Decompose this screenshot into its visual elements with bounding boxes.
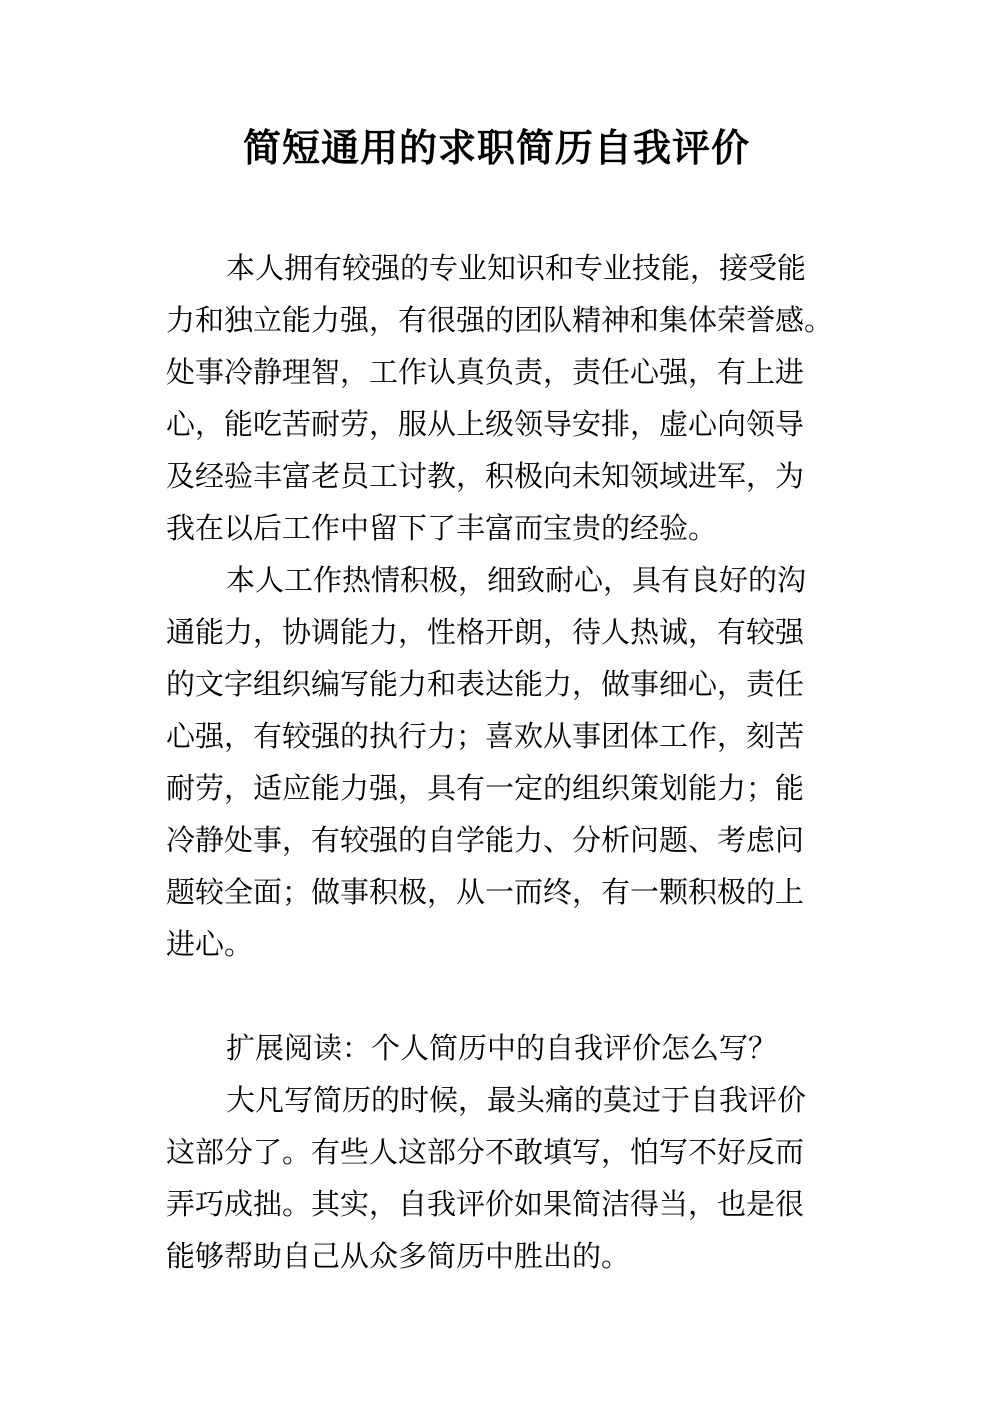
document-page: 简短通用的求职简历自我评价 本人拥有较强的专业知识和专业技能，接受能 力和独立能… bbox=[0, 0, 993, 1404]
paragraph-line: 进心。 bbox=[166, 918, 838, 970]
paragraph-line: 的文字组织编写能力和表达能力，做事细心，责任 bbox=[166, 658, 838, 710]
paragraph-line: 能够帮助自己从众多简历中胜出的。 bbox=[166, 1230, 838, 1282]
paragraph-line: 冷静处事，有较强的自学能力、分析问题、考虑问 bbox=[166, 814, 838, 866]
paragraph-self-evaluation-2: 本人工作热情积极，细致耐心，具有良好的沟 通能力，协调能力，性格开朗，待人热诚，… bbox=[166, 554, 838, 970]
paragraph-line: 处事冷静理智，工作认真负责，责任心强，有上进 bbox=[166, 346, 838, 398]
paragraph-line: 大凡写简历的时候，最头痛的莫过于自我评价 bbox=[166, 1074, 838, 1126]
paragraph-line: 这部分了。有些人这部分不敢填写，怕写不好反而 bbox=[166, 1126, 838, 1178]
paragraph-line: 题较全面；做事积极，从一而终，有一颗积极的上 bbox=[166, 866, 838, 918]
paragraph-line: 我在以后工作中留下了丰富而宝贵的经验。 bbox=[166, 502, 838, 554]
extended-reading-heading: 扩展阅读：个人简历中的自我评价怎么写？ bbox=[166, 1022, 838, 1074]
paragraph-line: 心强，有较强的执行力；喜欢从事团体工作，刻苦 bbox=[166, 710, 838, 762]
paragraph-self-evaluation-1: 本人拥有较强的专业知识和专业技能，接受能 力和独立能力强，有很强的团队精神和集体… bbox=[166, 242, 838, 554]
paragraph-line: 及经验丰富老员工讨教，积极向未知领域进军，为 bbox=[166, 450, 838, 502]
paragraph-line: 弄巧成拙。其实，自我评价如果简洁得当，也是很 bbox=[166, 1178, 838, 1230]
paragraph-line: 心，能吃苦耐劳，服从上级领导安排，虚心向领导 bbox=[166, 398, 838, 450]
paragraph-line: 本人工作热情积极，细致耐心，具有良好的沟 bbox=[166, 554, 838, 606]
document-title: 简短通用的求职简历自我评价 bbox=[0, 124, 993, 172]
paragraph-line: 通能力，协调能力，性格开朗，待人热诚，有较强 bbox=[166, 606, 838, 658]
paragraph-line: 耐劳，适应能力强，具有一定的组织策划能力；能 bbox=[166, 762, 838, 814]
extended-reading-section: 扩展阅读：个人简历中的自我评价怎么写？ 大凡写简历的时候，最头痛的莫过于自我评价… bbox=[166, 1022, 838, 1282]
paragraph-line: 本人拥有较强的专业知识和专业技能，接受能 bbox=[166, 242, 838, 294]
paragraph-line: 力和独立能力强，有很强的团队精神和集体荣誉感。 bbox=[166, 294, 838, 346]
